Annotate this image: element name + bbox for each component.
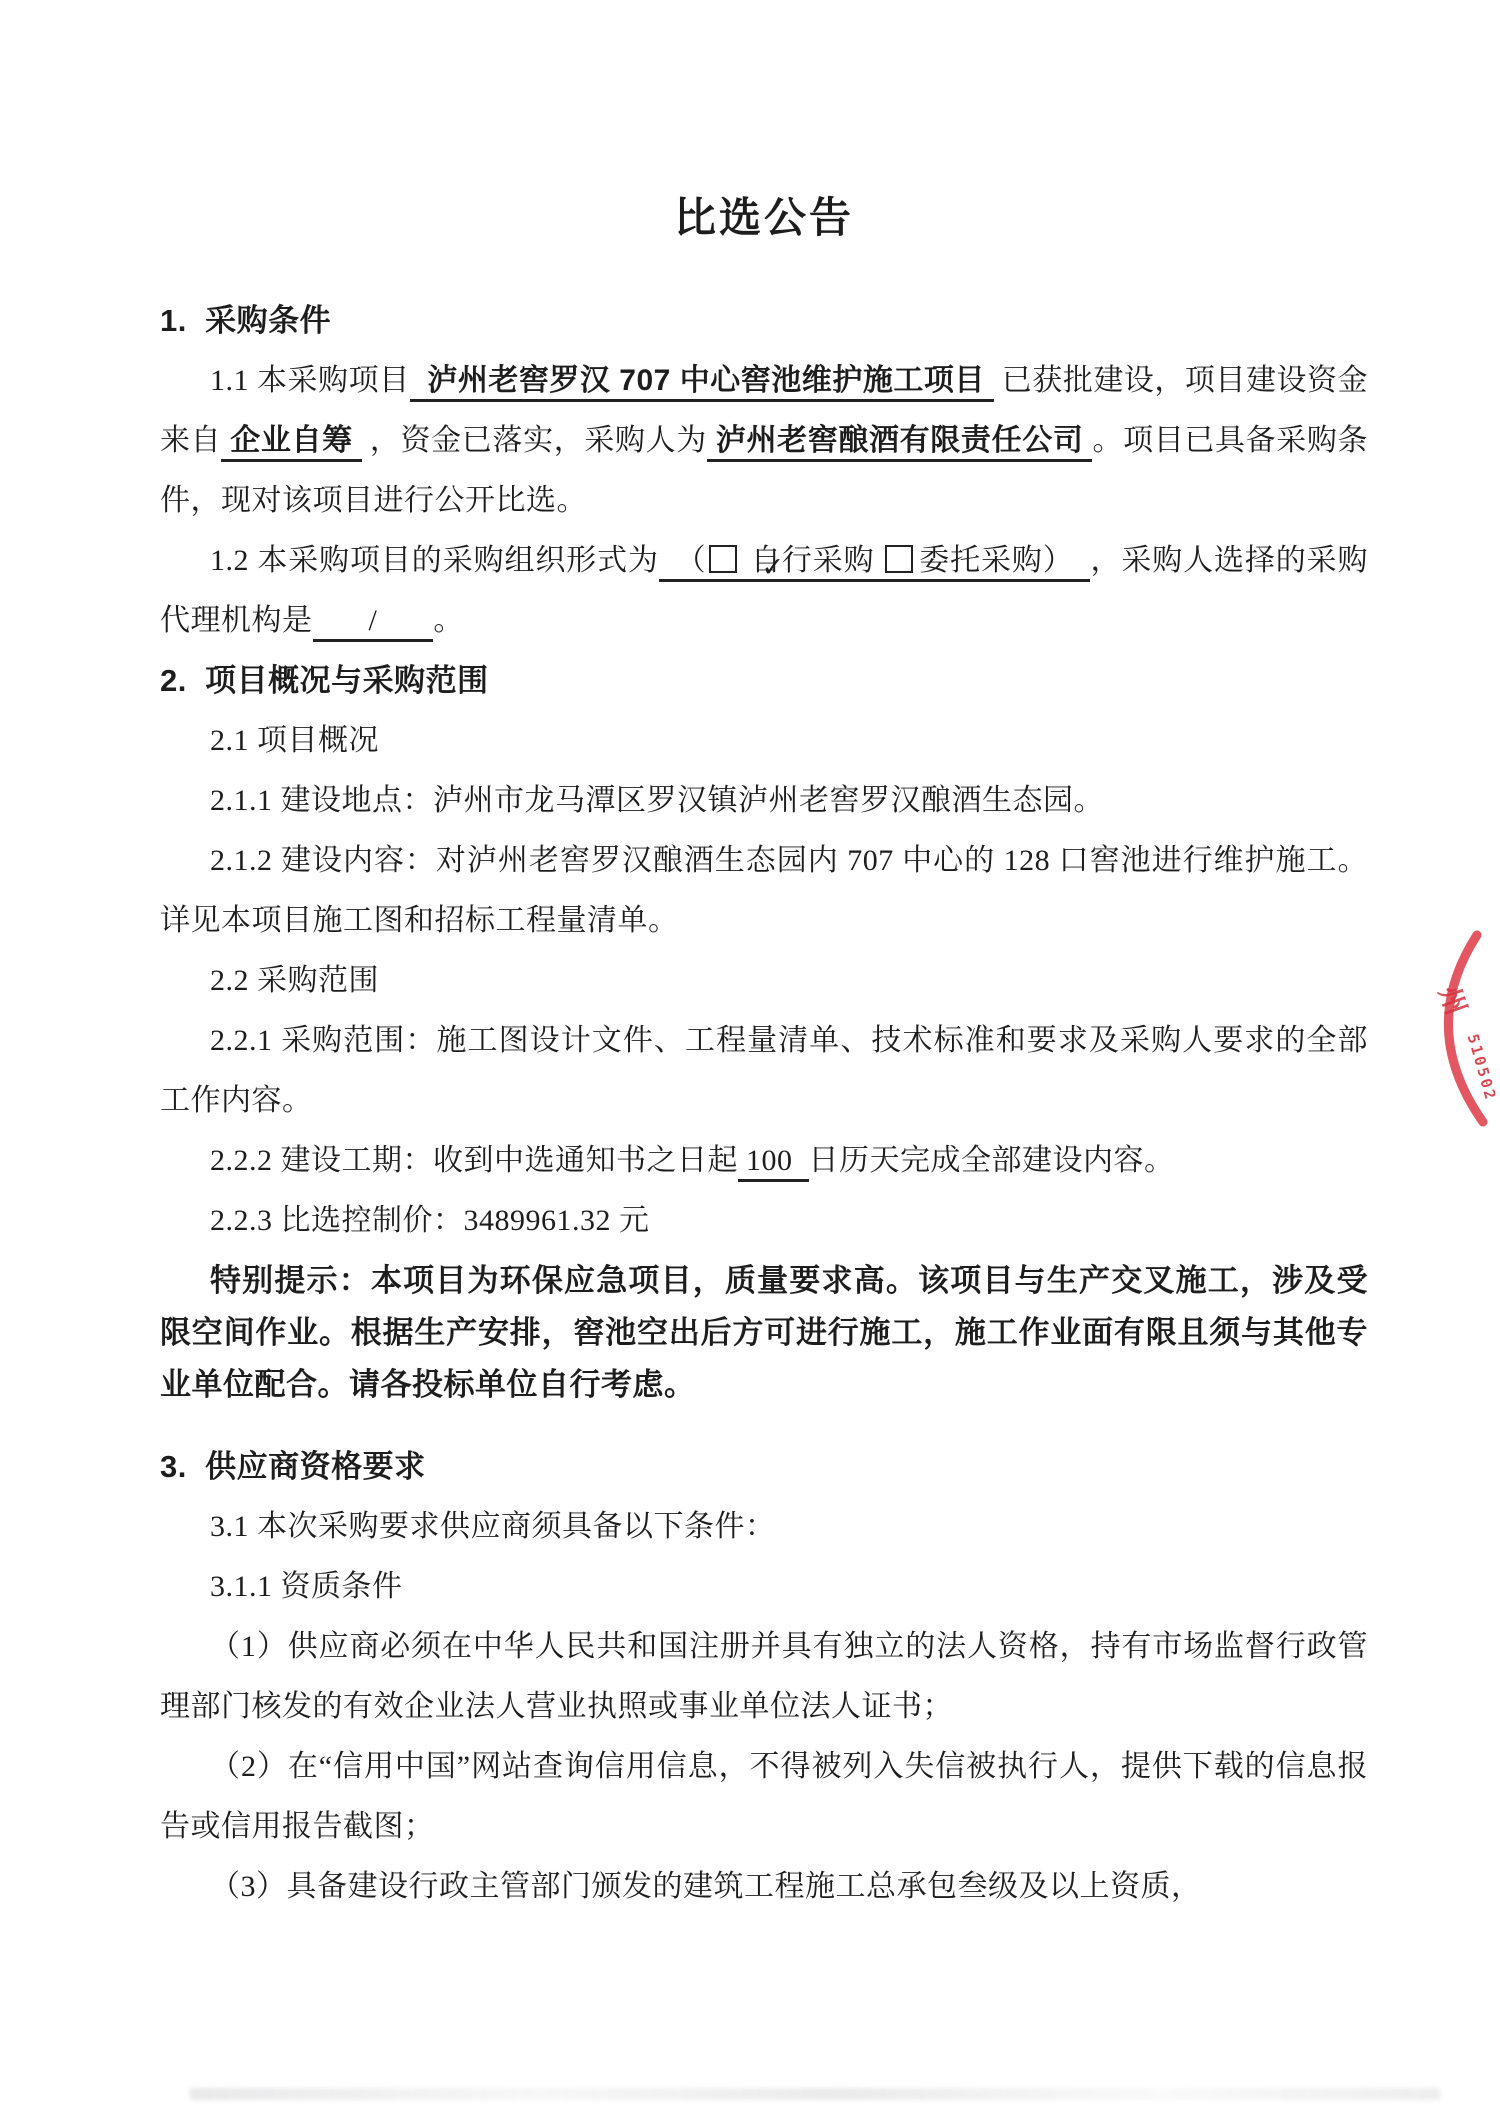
body-paragraph: 2.2 采购范围	[160, 951, 1368, 1011]
text-run: 特别提示：本项目为环保应急项目，质量要求高。该项目与生产交叉施工，涉及受限空间作…	[160, 1263, 1368, 1402]
section-heading: 2. 项目概况与采购范围	[160, 651, 1368, 711]
body-paragraph: 2.2.3 比选控制价：3489961.32 元	[160, 1191, 1368, 1251]
underlined-field: 委托采购）	[919, 544, 1091, 582]
underlined-field: 泸州老窖罗汉 707 中心窖池维护施工项目	[410, 364, 994, 402]
checkbox-field-segment	[707, 544, 743, 582]
text-run: 1. 采购条件	[160, 303, 331, 338]
special-note-paragraph: 特别提示：本项目为环保应急项目，质量要求高。该项目与生产交叉施工，涉及受限空间作…	[160, 1255, 1368, 1411]
body-paragraph: 3.1.1 资质条件	[160, 1557, 1368, 1617]
document-content: 比选公告 1. 采购条件1.1 本采购项目 泸州老窖罗汉 707 中心窖池维护施…	[160, 193, 1368, 1917]
body-paragraph: （2）在“信用中国”网站查询信用信息，不得被列入失信被执行人，提供下载的信息报告…	[160, 1737, 1368, 1857]
section-heading: 3. 供应商资格要求	[160, 1437, 1368, 1497]
text-run: （2）在“信用中国”网站查询信用信息，不得被列入失信被执行人，提供下载的信息报告…	[160, 1750, 1368, 1843]
text-run: 。	[433, 604, 464, 637]
underlined-field: （	[659, 544, 707, 582]
document-title: 比选公告	[160, 193, 1368, 245]
body-paragraph: 2.2.1 采购范围：施工图设计文件、工程量清单、技术标准和要求及采购人要求的全…	[160, 1011, 1368, 1131]
text-run: 2.1.2 建设内容：对泸州老窖罗汉酿酒生态园内 707 中心的 128 口窖池…	[160, 844, 1368, 937]
official-seal-arc	[1425, 920, 1500, 1135]
text-run: 1.2 本采购项目的采购组织形式为	[210, 544, 659, 577]
underlined-field: 企业自筹	[221, 424, 361, 462]
checkbox-empty-icon	[885, 545, 913, 573]
underlined-field: /	[313, 604, 434, 642]
text-run: 2.2.3 比选控制价：3489961.32 元	[210, 1204, 650, 1237]
text-run: 2.2 采购范围	[210, 964, 379, 997]
body-paragraph: 1.2 本采购项目的采购组织形式为 （ 自行采购 委托采购） ，采购人选择的采购…	[160, 531, 1368, 651]
text-run: （1）供应商必须在中华人民共和国注册并具有独立的法人资格，持有市场监督行政管理部…	[160, 1630, 1368, 1723]
section-heading: 1. 采购条件	[160, 291, 1368, 351]
text-run: 2.1.1 建设地点：泸州市龙马潭区罗汉镇泸州老窖罗汉酿酒生态园。	[210, 784, 1104, 817]
checkbox-checked-icon	[709, 545, 737, 573]
text-run: 2. 项目概况与采购范围	[160, 663, 489, 698]
text-run: 2.2.2 建设工期：收到中选通知书之日起	[210, 1144, 738, 1177]
body-paragraph: 1.1 本采购项目 泸州老窖罗汉 707 中心窖池维护施工项目 已获批建设，项目…	[160, 351, 1368, 531]
body-paragraph: （1）供应商必须在中华人民共和国注册并具有独立的法人资格，持有市场监督行政管理部…	[160, 1617, 1368, 1737]
body-paragraph: （3）具备建设行政主管部门颁发的建筑工程施工总承包叁级及以上资质，	[160, 1857, 1368, 1917]
text-run: 日历天完成全部建设内容。	[809, 1144, 1175, 1177]
text-run: 3. 供应商资格要求	[160, 1449, 426, 1484]
text-run: （3）具备建设行政主管部门颁发的建筑工程施工总承包叁级及以上资质，	[210, 1870, 1202, 1903]
body-paragraph: 2.1 项目概况	[160, 711, 1368, 771]
text-run: 3.1 本次采购要求供应商须具备以下条件：	[210, 1510, 776, 1543]
text-run: 3.1.1 资质条件	[210, 1570, 403, 1603]
scan-artifact-smudge	[190, 2088, 1440, 2100]
body-paragraph: 2.1.1 建设地点：泸州市龙马潭区罗汉镇泸州老窖罗汉酿酒生态园。	[160, 771, 1368, 831]
text-run: ，资金已落实，采购人为	[362, 424, 707, 457]
body-paragraph: 2.2.2 建设工期：收到中选通知书之日起 100 日历天完成全部建设内容。	[160, 1131, 1368, 1191]
text-run: 2.1 项目概况	[210, 724, 379, 757]
underlined-field: 泸州老窖酿酒有限责任公司	[707, 424, 1093, 462]
underlined-field: 100	[738, 1144, 809, 1182]
text-run: 1.1 本采购项目	[210, 364, 410, 397]
document-page: 比选公告 1. 采购条件1.1 本采购项目 泸州老窖罗汉 707 中心窖池维护施…	[0, 0, 1500, 2120]
body-paragraph: 3.1 本次采购要求供应商须具备以下条件：	[160, 1497, 1368, 1557]
checkbox-field-segment	[883, 544, 919, 582]
body-paragraph: 2.1.2 建设内容：对泸州老窖罗汉酿酒生态园内 707 中心的 128 口窖池…	[160, 831, 1368, 951]
text-run: 2.2.1 采购范围：施工图设计文件、工程量清单、技术标准和要求及采购人要求的全…	[160, 1024, 1368, 1117]
document-body: 1. 采购条件1.1 本采购项目 泸州老窖罗汉 707 中心窖池维护施工项目 已…	[160, 291, 1368, 1917]
